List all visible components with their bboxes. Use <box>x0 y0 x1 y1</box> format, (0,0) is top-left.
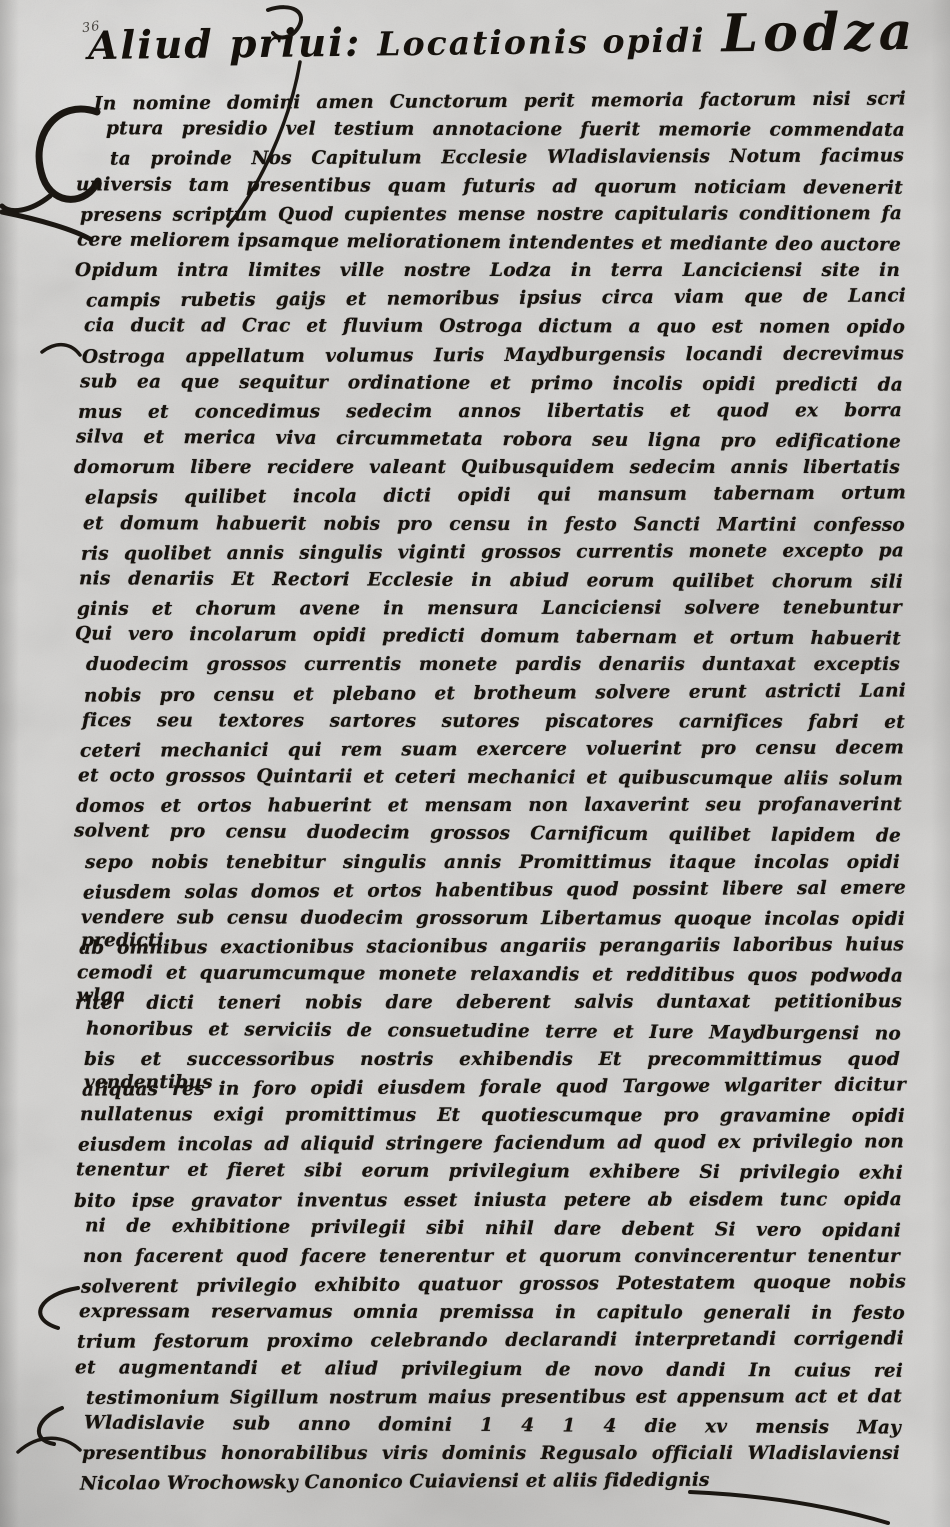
manuscript-line: nis denariis Et Rectori Ecclesie in abiu… <box>79 567 903 593</box>
manuscript-line: bito ipse gravator inventus esset iniust… <box>74 1188 902 1213</box>
manuscript-line: nullatenus exigi promittimus Et quotiesc… <box>80 1103 905 1128</box>
manuscript-line: domorum libere recidere valeant Quibusqu… <box>74 456 900 479</box>
manuscript-line: nobis pro censu et plebano et brotheum s… <box>84 679 906 707</box>
manuscript-body: In nomine domini amen Cunctorum perit me… <box>0 0 950 1527</box>
manuscript-line: sepo nobis tenebitur singulis annis Prom… <box>85 851 900 874</box>
manuscript-line: et octo grossos Quintarii et ceteri mech… <box>78 764 903 790</box>
manuscript-line: expressam reservamus omnia premissa in c… <box>79 1300 905 1325</box>
manuscript-line: ab omnibus exactionibus stacionibus anga… <box>79 933 904 959</box>
manuscript-line: ptura presidio vel testium annotacione f… <box>106 117 905 142</box>
manuscript-line: Ostroga appellatum volumus Iuris Maydbur… <box>82 342 904 368</box>
manuscript-line: presentibus honorabilibus viris dominis … <box>82 1442 900 1465</box>
manuscript-line: Opidum intra limites ville nostre Lodza … <box>75 259 900 282</box>
manuscript-line: universis tam presentibus quam futuris a… <box>76 173 903 199</box>
manuscript-line: ta proinde Nos Capitulum Ecclesie Wladis… <box>110 145 904 171</box>
manuscript-line: trium festorum proximo celebrando declar… <box>77 1328 904 1354</box>
manuscript-line: silva et merica viva circummetata robora… <box>76 425 901 453</box>
manuscript-line: cia ducit ad Crac et fluvium Ostroga dic… <box>84 314 905 339</box>
manuscript-line: campis rubetis gaijs et nemoribus ipsius… <box>86 285 906 313</box>
manuscript-line: Qui vero incolarum opidi predicti domum … <box>75 623 901 651</box>
manuscript-line: ni de exhibitione privilegii sibi nihil … <box>85 1214 901 1242</box>
manuscript-line: ceteri mechanici qui rem suam exercere v… <box>80 736 904 762</box>
manuscript-line: fices seu textores sartores sutores pisc… <box>82 709 905 734</box>
manuscript-line: In nomine domini amen Cunctorum perit me… <box>94 87 906 115</box>
manuscript-line: sub ea que sequitur ordinatione et primo… <box>80 370 903 396</box>
manuscript-line: testimonium Sigillum nostrum maius prese… <box>86 1385 902 1410</box>
manuscript-line: et domum habuerit nobis pro censu in fes… <box>83 512 905 537</box>
manuscript-line: ris quolibet annis singulis viginti gros… <box>81 539 904 565</box>
manuscript-line: presens scriptum Quod cupientes mense no… <box>80 202 902 227</box>
manuscript-line: riter dicti teneri nobis dare deberent s… <box>75 991 902 1016</box>
manuscript-line: Wladislavie sub anno domini 1 4 1 4 die … <box>84 1411 901 1439</box>
manuscript-page: 36 Aliud priui: Locationis opidi Lodza I… <box>0 0 950 1527</box>
manuscript-line: et augmentandi et aliud privilegium de n… <box>75 1356 903 1382</box>
manuscript-line: honoribus et serviciis de consuetudine t… <box>86 1017 901 1045</box>
manuscript-line: non facerent quod facere tenerentur et q… <box>83 1245 900 1268</box>
manuscript-line: aliquas res in foro opidi eiusdem forale… <box>82 1073 906 1101</box>
manuscript-line: duodecim grossos currentis monete pardis… <box>86 653 900 676</box>
manuscript-line: elapsis quilibet incola dicti opidi qui … <box>85 482 906 510</box>
manuscript-line: eiusdem solas domos et ortos habentibus … <box>83 876 906 904</box>
manuscript-line: Nicolao Wrochowsky Canonico Cuiaviensi e… <box>80 1468 906 1496</box>
manuscript-line: solvent pro censu duodecim grossos Carni… <box>74 820 901 848</box>
manuscript-line: ginis et chorum avene in mensura Lancici… <box>77 596 902 621</box>
manuscript-line: solverent privilegio exhibito quatuor gr… <box>81 1271 906 1299</box>
manuscript-line: eiusdem incolas ad aliquid stringere fac… <box>78 1131 904 1157</box>
manuscript-line: tenentur et fieret sibi eorum privilegiu… <box>76 1159 903 1185</box>
manuscript-line: mus et concedimus sedecim annos libertat… <box>78 399 902 424</box>
manuscript-line: domos et ortos habuerint et mensam non l… <box>76 793 902 818</box>
manuscript-line: cere meliorem ipsamque meliorationem int… <box>77 228 901 256</box>
